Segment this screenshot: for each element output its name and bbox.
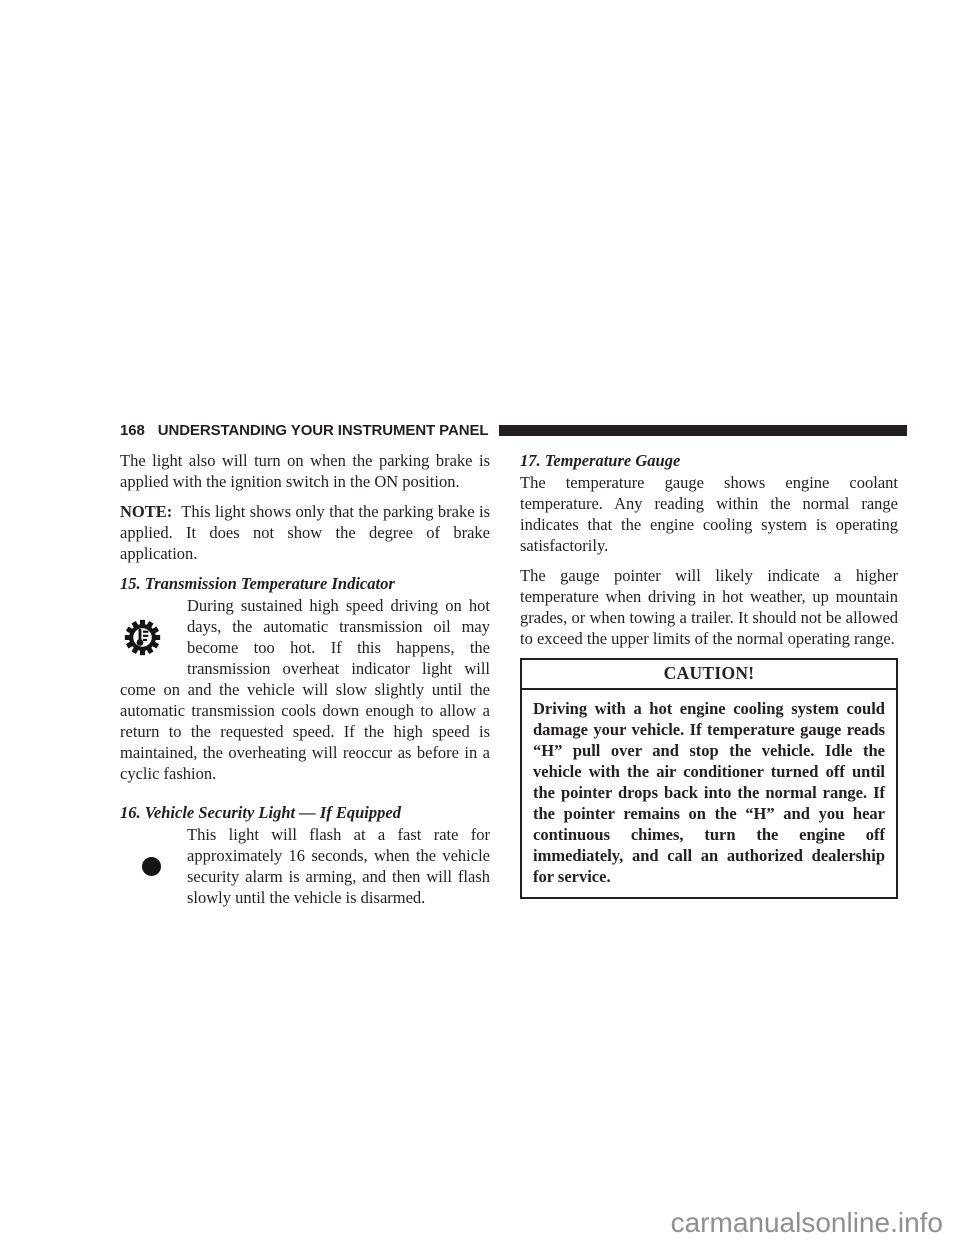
chapter-title: UNDERSTANDING YOUR INSTRUMENT PANEL	[158, 422, 489, 439]
page-header: 168 UNDERSTANDING YOUR INSTRUMENT PANEL	[120, 422, 907, 439]
parking-brake-paragraph: The light also will turn on when the par…	[120, 450, 490, 492]
left-column: The light also will turn on when the par…	[120, 450, 490, 926]
section-16-body: This light will flash at a fast rate for…	[120, 824, 490, 917]
section-17-paragraph-1: The temperature gauge shows engine coola…	[520, 472, 898, 556]
note-paragraph: NOTE:This light shows only that the park…	[120, 501, 490, 564]
transmission-temperature-indicator-icon	[120, 595, 187, 679]
security-light-icon	[120, 824, 187, 908]
watermark: carmanualsonline.info	[671, 1208, 943, 1238]
security-light-dot	[142, 857, 161, 876]
page-number: 168	[120, 422, 145, 439]
caution-text: Driving with a hot engine cooling system…	[522, 690, 896, 897]
section-17-paragraph-2: The gauge pointer will likely indicate a…	[520, 565, 898, 649]
note-text: This light shows only that the parking b…	[120, 502, 490, 563]
note-label: NOTE:	[120, 502, 172, 521]
caution-box: CAUTION! Driving with a hot engine cooli…	[520, 658, 898, 899]
section-15-heading: 15. Transmission Temperature Indicator	[120, 573, 490, 594]
section-15-body: During sustained high speed driving on h…	[120, 595, 490, 793]
right-column: 17. Temperature Gauge The temperature ga…	[520, 450, 898, 926]
page-columns: The light also will turn on when the par…	[120, 450, 898, 926]
caution-title: CAUTION!	[522, 660, 896, 690]
section-17-heading: 17. Temperature Gauge	[520, 450, 898, 471]
section-16-heading: 16. Vehicle Security Light — If Equipped	[120, 802, 490, 823]
manual-page: 168 UNDERSTANDING YOUR INSTRUMENT PANEL …	[0, 0, 960, 1242]
header-rule	[499, 425, 907, 436]
